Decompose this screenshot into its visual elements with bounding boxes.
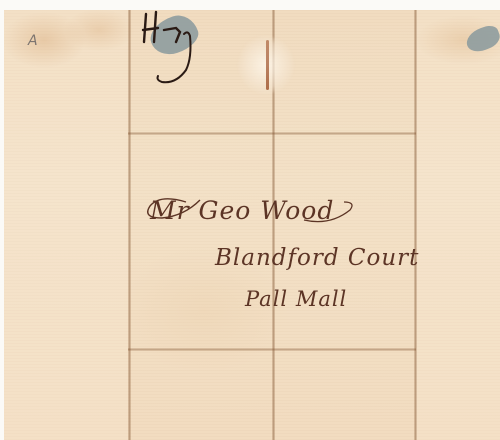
address-district: Pall Mall	[245, 287, 347, 311]
corner-mark: A	[28, 33, 38, 49]
address-street: Blandford Court	[215, 245, 419, 271]
horizontal-fold-bottom	[128, 348, 416, 351]
left-panel	[4, 10, 128, 440]
vertical-fold-right	[414, 10, 417, 440]
address-recipient: Mr Geo Wood	[150, 196, 334, 225]
docket-note-h9	[140, 8, 210, 86]
seal-tear-mark	[266, 40, 269, 90]
right-panel	[416, 10, 500, 440]
horizontal-fold-top	[128, 132, 416, 135]
vertical-fold-left	[128, 10, 131, 440]
